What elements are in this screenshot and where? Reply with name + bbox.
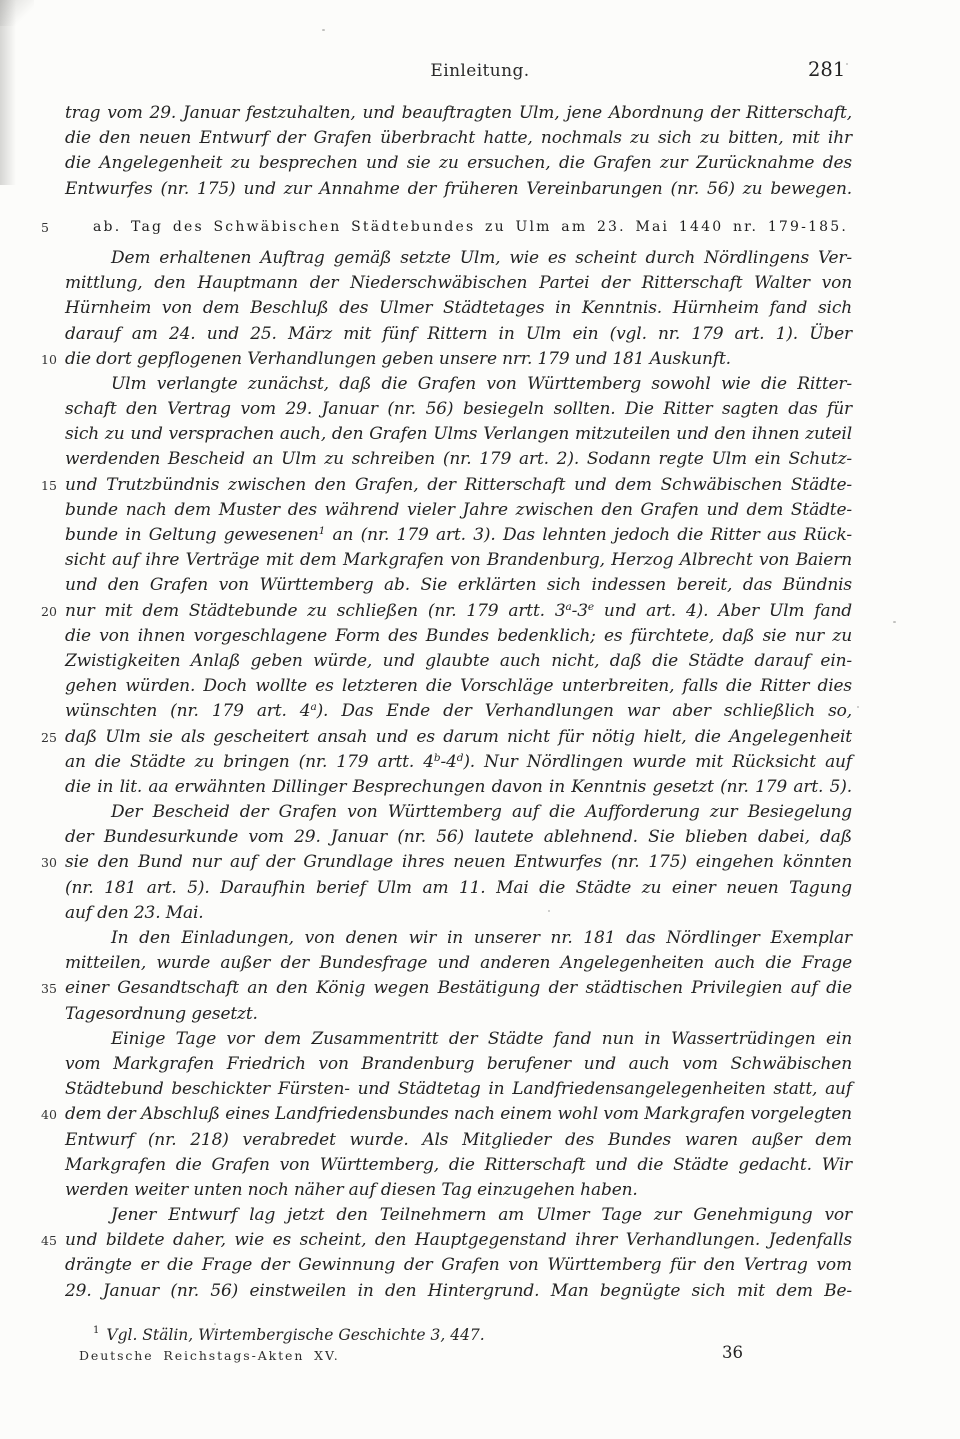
line-text: trag vom 29. Januar festzuhalten, und be… [65, 103, 852, 123]
scan-corner-shading [0, 0, 34, 26]
text-line: (nr. 181 art. 5). Daraufhin berief Ulm a… [65, 876, 852, 901]
line-text: ). Nur Nördlingen wurde mit Rücksicht au… [463, 752, 852, 772]
superscript: b [434, 752, 441, 764]
text-line: die den neuen Entwurf der Grafen überbra… [65, 126, 852, 151]
line-text: der Bundesurkunde vom 29. Januar (nr. 56… [65, 827, 852, 847]
text-line: Einige Tage vor dem Zusammentritt der St… [65, 1027, 852, 1052]
text-line: 10die dort gepflogenen Verhandlungen geb… [65, 347, 852, 372]
margin-line-number: 30 [41, 850, 57, 875]
margin-line-number: 35 [41, 976, 57, 1001]
sheet-number: 36 [722, 1343, 743, 1362]
text-line: Entwurfes (nr. 175) und zur Annahme der … [65, 177, 852, 202]
text-line: Entwurf (nr. 218) verabredet wurde. Als … [65, 1128, 852, 1153]
text-line: wünschten (nr. 179 art. 4a). Das Ende de… [65, 699, 852, 724]
line-text: Hürnheim von dem Beschluß des Ulmer Städ… [65, 298, 852, 318]
line-text: die den neuen Entwurf der Grafen überbra… [65, 128, 852, 148]
line-text: wünschten (nr. 179 art. 4 [65, 701, 310, 721]
line-text: -4 [440, 752, 456, 772]
text-line: 40dem der Abschluß eines Landfriedensbun… [65, 1102, 852, 1127]
text-line: darauf am 24. und 25. März mit fünf Ritt… [65, 322, 852, 347]
superscript: a [310, 701, 316, 713]
line-text: Tagesordnung gesetzt. [65, 1004, 258, 1024]
text-line: Hürnheim von dem Beschluß des Ulmer Städ… [65, 296, 852, 321]
text-line: gehen würden. Doch wollte es letzteren d… [65, 674, 852, 699]
line-text: -3 [572, 601, 588, 621]
section-heading: 5ab. Tag des Schwäbischen Städtebundes z… [65, 215, 852, 240]
superscript: e [588, 601, 594, 613]
text-line: 30sie den Bund nur auf der Grundlage ihr… [65, 850, 852, 875]
scan-speck [893, 621, 896, 623]
text-line: 20nur mit dem Städtebunde zu schließen (… [65, 599, 852, 624]
line-text: 29. Januar (nr. 56) einstweilen in den H… [65, 1281, 852, 1301]
line-text: vom Markgrafen Friedrich von Brandenburg… [65, 1054, 852, 1074]
margin-line-number: 10 [41, 347, 57, 372]
line-text: ). Das Ende der Verhandlungen war aber s… [317, 701, 852, 721]
line-text: die in lit. aa erwähnten Dillinger Bespr… [65, 777, 852, 797]
line-text: Jener Entwurf lag jetzt den Teilnehmern … [111, 1205, 852, 1225]
text-line: vom Markgrafen Friedrich von Brandenburg… [65, 1052, 852, 1077]
line-text: drängte er die Frage der Gewinnung der G… [65, 1255, 852, 1275]
text-line: Jener Entwurf lag jetzt den Teilnehmern … [65, 1203, 852, 1228]
line-text: gehen würden. Doch wollte es letzteren d… [65, 676, 852, 696]
line-text: sicht auf ihre Verträge mit dem Markgraf… [65, 550, 852, 570]
line-text: Entwurfes (nr. 175) und zur Annahme der … [65, 179, 852, 199]
text-line: Zwistigkeiten Anlaß geben würde, und gla… [65, 649, 852, 674]
text-line: sicht auf ihre Verträge mit dem Markgraf… [65, 548, 852, 573]
line-text: bunde in Geltung gewesenen [65, 525, 319, 545]
line-text: werden weiter unten noch näher auf diese… [65, 1180, 638, 1200]
line-text: werdenden Bescheid an Ulm zu schreiben (… [65, 449, 852, 469]
text-line: 29. Januar (nr. 56) einstweilen in den H… [65, 1279, 852, 1304]
text-line: trag vom 29. Januar festzuhalten, und be… [65, 101, 852, 126]
line-text: bunde nach dem Muster des während vieler… [65, 500, 852, 520]
line-text: dem der Abschluß eines Landfriedensbunde… [65, 1104, 852, 1124]
line-text: an (nr. 179 art. 3). Das lehnten jedoch … [325, 525, 852, 545]
text-line: an die Städte zu bringen (nr. 179 artt. … [65, 750, 852, 775]
line-text: Markgrafen die Grafen von Württemberg, d… [65, 1155, 852, 1175]
text-line: Dem erhaltenen Auftrag gemäß setzte Ulm,… [65, 246, 852, 271]
margin-line-number: 5 [41, 215, 57, 240]
line-text: sich zu und versprachen auch, den Grafen… [65, 424, 852, 444]
scan-edge-shading [0, 0, 16, 185]
text-line: Markgrafen die Grafen von Württemberg, d… [65, 1153, 852, 1178]
line-text: Entwurf (nr. 218) verabredet wurde. Als … [65, 1130, 852, 1150]
text-line: drängte er die Frage der Gewinnung der G… [65, 1253, 852, 1278]
margin-line-number: 15 [41, 473, 57, 498]
line-text: mitteilen, wurde außer der Bundesfrage u… [65, 953, 852, 973]
line-text: Der Bescheid der Grafen von Württemberg … [111, 802, 852, 822]
line-text: die Angelegenheit zu besprechen und sie … [65, 153, 852, 173]
text-line: 25daß Ulm sie als gescheitert ansah und … [65, 725, 852, 750]
line-text: Dem erhaltenen Auftrag gemäß setzte Ulm,… [111, 248, 852, 268]
text-line: Ulm verlangte zunächst, daß die Grafen v… [65, 372, 852, 397]
scan-speck [214, 1323, 216, 1325]
text-line: mitteilen, wurde außer der Bundesfrage u… [65, 951, 852, 976]
line-text: die dort gepflogenen Verhandlungen geben… [65, 349, 731, 369]
text-line: Der Bescheid der Grafen von Württemberg … [65, 800, 852, 825]
line-text: ab. Tag des Schwäbischen Städtebundes zu… [93, 219, 848, 235]
line-text: darauf am 24. und 25. März mit fünf Ritt… [65, 324, 852, 344]
line-text: einer Gesandtschaft an den König wegen B… [65, 978, 852, 998]
line-text: und den Grafen von Württemberg ab. Sie e… [65, 575, 852, 595]
text-line: die in lit. aa erwähnten Dillinger Bespr… [65, 775, 852, 800]
line-text: und bildete daher, wie es scheint, den H… [65, 1230, 852, 1250]
text-line: 15und Trutzbündnis zwischen den Grafen, … [65, 473, 852, 498]
scan-speck [857, 706, 859, 708]
scan-speck [322, 29, 325, 31]
line-text: an die Städte zu bringen (nr. 179 artt. … [65, 752, 434, 772]
text-line: werden weiter unten noch näher auf diese… [65, 1178, 852, 1203]
footnote-marker: 1 [93, 1325, 99, 1336]
superscript: a [566, 601, 572, 613]
text-line: 45und bildete daher, wie es scheint, den… [65, 1228, 852, 1253]
line-text: Städtebund beschickter Fürsten- und Städ… [65, 1079, 852, 1099]
line-text: und art. 4). Aber Ulm fand [594, 601, 852, 621]
text-line: die von ihnen vorgeschlagene Form des Bu… [65, 624, 852, 649]
footnote-text: Vgl. Stälin, Wirtembergische Geschichte … [106, 1326, 484, 1344]
text-line: Städtebund beschickter Fürsten- und Städ… [65, 1077, 852, 1102]
line-text: (nr. 181 art. 5). Daraufhin berief Ulm a… [65, 878, 852, 898]
margin-line-number: 45 [41, 1228, 57, 1253]
text-line: 35einer Gesandtschaft an den König wegen… [65, 976, 852, 1001]
text-line: sich zu und versprachen auch, den Grafen… [65, 422, 852, 447]
text-line: mittlung, den Hauptmann der Niederschwäb… [65, 271, 852, 296]
book-page: Einleitung. 281 trag vom 29. Januar fest… [0, 0, 960, 1439]
text-line: auf den 23. Mai. [65, 901, 852, 926]
text-line: der Bundesurkunde vom 29. Januar (nr. 56… [65, 825, 852, 850]
text-line: In den Einladungen, von denen wir in uns… [65, 926, 852, 951]
text-line: bunde nach dem Muster des während vieler… [65, 498, 852, 523]
line-text: In den Einladungen, von denen wir in uns… [111, 928, 852, 948]
text-line: Tagesordnung gesetzt. [65, 1002, 852, 1027]
text-line: und den Grafen von Württemberg ab. Sie e… [65, 573, 852, 598]
line-text: die von ihnen vorgeschlagene Form des Bu… [65, 626, 852, 646]
line-text: nur mit dem Städtebunde zu schließen (nr… [65, 601, 566, 621]
text-line: schaft den Vertrag vom 29. Januar (nr. 5… [65, 397, 852, 422]
series-title: Deutsche Reichstags-Akten XV. [79, 1348, 340, 1363]
line-text: daß Ulm sie als gescheitert ansah und es… [65, 727, 852, 747]
footnote: 1Vgl. Stälin, Wirtembergische Geschichte… [93, 1326, 833, 1344]
line-text: sie den Bund nur auf der Grundlage ihres… [65, 852, 852, 872]
line-text: mittlung, den Hauptmann der Niederschwäb… [65, 273, 852, 293]
line-text: und Trutzbündnis zwischen den Grafen, de… [65, 475, 852, 495]
line-text: Einige Tage vor dem Zusammentritt der St… [111, 1029, 852, 1049]
page-number: 281 [808, 58, 845, 81]
line-text: auf den 23. Mai. [65, 903, 204, 923]
margin-line-number: 40 [41, 1102, 57, 1127]
line-text: Ulm verlangte zunächst, daß die Grafen v… [111, 374, 852, 394]
margin-line-number: 20 [41, 599, 57, 624]
line-text: schaft den Vertrag vom 29. Januar (nr. 5… [65, 399, 852, 419]
line-text: Zwistigkeiten Anlaß geben würde, und gla… [65, 651, 852, 671]
text-line: die Angelegenheit zu besprechen und sie … [65, 151, 852, 176]
text-line: werdenden Bescheid an Ulm zu schreiben (… [65, 447, 852, 472]
superscript: d [457, 752, 464, 764]
margin-line-number: 25 [41, 725, 57, 750]
text-block: trag vom 29. Januar festzuhalten, und be… [65, 101, 852, 1304]
superscript: 1 [319, 525, 326, 537]
text-line: bunde in Geltung gewesenen1 an (nr. 179 … [65, 523, 852, 548]
